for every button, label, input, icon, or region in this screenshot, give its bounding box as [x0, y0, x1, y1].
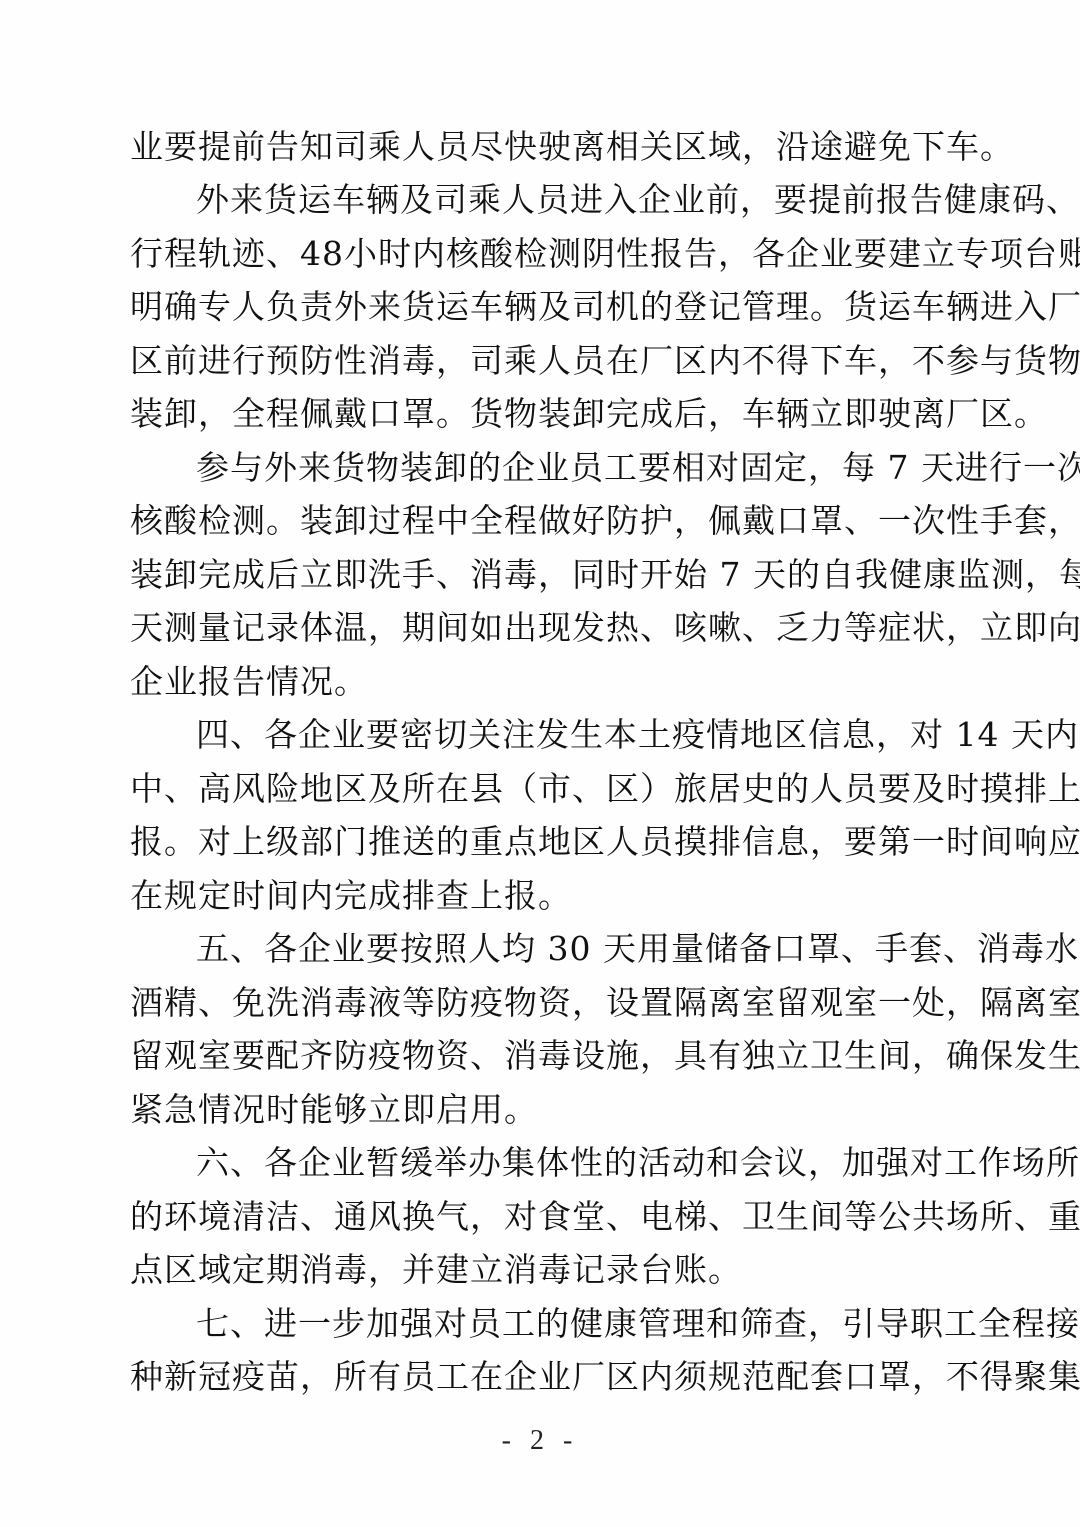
text-line: 的环境清洁、通风换气，对食堂、电梯、卫生间等公共场所、重: [130, 1190, 952, 1244]
text-line: 天测量记录体温，期间如出现发热、咳嗽、乏力等症状，立即向: [130, 601, 952, 655]
text-line: 中、高风险地区及所在县（市、区）旅居史的人员要及时摸排上: [130, 762, 952, 816]
text-line: 四、各企业要密切关注发生本土疫情地区信息，对 14 天内有: [196, 708, 952, 762]
text-line: 五、各企业要按照人均 30 天用量储备口罩、手套、消毒水、: [196, 922, 952, 976]
page-number: - 2 -: [0, 1425, 1080, 1457]
text-line: 种新冠疫苗，所有员工在企业厂区内须规范配套口罩，不得聚集。: [130, 1350, 952, 1404]
text-line: 外来货运车辆及司乘人员进入企业前，要提前报告健康码、: [196, 173, 952, 227]
text-line: 明确专人负责外来货运车辆及司机的登记管理。货运车辆进入厂: [130, 280, 952, 334]
text-line: 紧急情况时能够立即启用。: [130, 1083, 952, 1137]
text-line: 装卸，全程佩戴口罩。货物装卸完成后，车辆立即驶离厂区。: [130, 387, 952, 441]
text-line: 报。对上级部门推送的重点地区人员摸排信息，要第一时间响应，: [130, 815, 952, 869]
text-line: 六、各企业暂缓举办集体性的活动和会议，加强对工作场所: [196, 1136, 952, 1190]
text-line: 酒精、免洗消毒液等防疫物资，设置隔离室留观室一处，隔离室: [130, 976, 952, 1030]
text-line: 业要提前告知司乘人员尽快驶离相关区域，沿途避免下车。: [130, 120, 952, 174]
text-line: 在规定时间内完成排查上报。: [130, 869, 952, 923]
text-line: 七、进一步加强对员工的健康管理和筛查，引导职工全程接: [196, 1297, 952, 1351]
text-line: 参与外来货物装卸的企业员工要相对固定，每 7 天进行一次: [196, 441, 952, 495]
text-line: 核酸检测。装卸过程中全程做好防护，佩戴口罩、一次性手套，: [130, 494, 952, 548]
text-line: 点区域定期消毒，并建立消毒记录台账。: [130, 1243, 952, 1297]
document-page: 业要提前告知司乘人员尽快驶离相关区域，沿途避免下车。 外来货运车辆及司乘人员进入…: [0, 0, 1080, 1527]
text-line: 留观室要配齐防疫物资、消毒设施，具有独立卫生间，确保发生: [130, 1029, 952, 1083]
text-line: 区前进行预防性消毒，司乘人员在厂区内不得下车，不参与货物: [130, 334, 952, 388]
text-line: 行程轨迹、48小时内核酸检测阴性报告，各企业要建立专项台账，: [130, 227, 952, 281]
text-line: 企业报告情况。: [130, 655, 952, 709]
text-line: 装卸完成后立即洗手、消毒，同时开始 7 天的自我健康监测，每: [130, 548, 952, 602]
